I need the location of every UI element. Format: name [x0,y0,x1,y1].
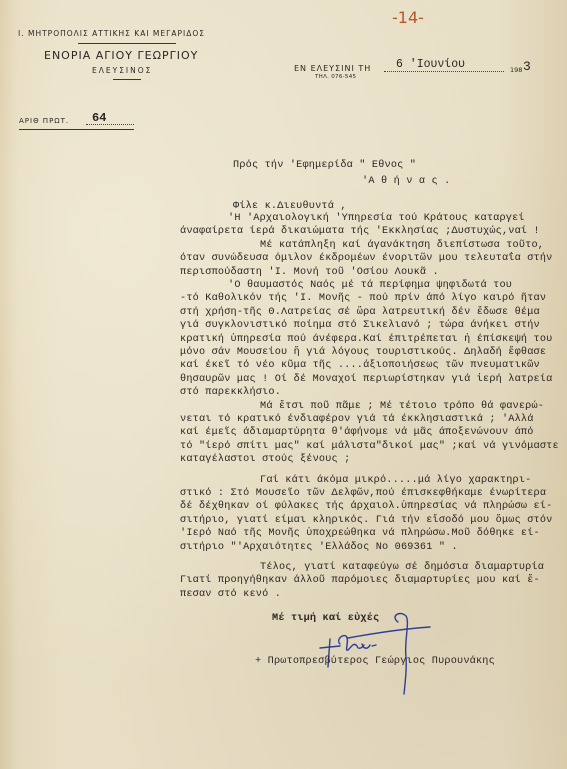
letterhead-town: ΕΛΕΥΣΙΝΟΣ [92,66,152,75]
letterhead-parish: ΕΝΟΡΙΑ ΑΓΙΟΥ ΓΕΩΡΓΙΟΥ [44,49,198,62]
body-line: 'Ο θαυμαστός Ναός μέ τά περίφημα ψηφιδωτ… [228,280,512,291]
body-line: άναφαίρετα ίερά δικαιώματα τής 'Εκκλησία… [180,226,540,237]
body-line: στικό : Στό Μουσεῖο τῶν Δελφῶν,πού έπισκ… [180,488,546,499]
letterhead-ornament [113,79,141,80]
body-line: γιά συγκλονιστικό ποίημα στό Σικελιανό ;… [180,320,540,331]
body-line: Μέ κατάπληξη καί άγανάκτηση διεπίστωσα τ… [260,240,544,251]
body-line: καί έμεῖς άδιαμαρτύρητα θ'άφήνομε νά μᾶς… [180,427,534,438]
body-line: στό παρεκκλήσιο. [180,387,281,398]
body-line: μόνο σάν Μουσείου ἤ γιά λόγους τουριστικ… [180,347,546,358]
body-line: καί έκεῖ τό νέο κῦμα τῆς ....άξιοποιήσεω… [180,360,540,371]
letter-page: -14- I. ΜΗΤΡΟΠΟΛΙΣ ΑΤΤΙΚΗΣ ΚΑΙ ΜΕΓΑΡΙΔΟΣ… [0,0,567,769]
body-line: -τό Καθολικόν τής 'Ι. Μονῆς - πού πρίν ά… [180,293,546,304]
dateline-year-suffix: 3 [523,59,531,74]
salutation: Φίλε κ.Διευθυντά , [233,201,347,212]
protocol-label: ΑΡΙΘ ΠΡΩΤ. [19,117,69,125]
dateline-year-prefix: 198 [510,66,522,74]
body-line: Γιατί προηγήθηκαν άλλοῦ παρόμοιες διαμαρ… [180,575,540,586]
dateline-phone: ΤΗΛ. 076-545 [315,74,356,80]
protocol-underline [19,129,134,130]
page-number-annotation: -14- [392,8,424,27]
recipient-line: Πρός τήν 'Εφημερίδα " Εθνος " [233,160,416,171]
body-line: στή χρήση-τῆς Θ.Λατρείας σέ ὥρα λατρευτι… [180,307,540,318]
body-line: Μά ἔτσι ποῦ πᾶμε ; Μέ τέτοιο τρόπο θά φα… [260,401,544,412]
dateline-prefix: ΕΝ ΕΛΕΥΣΙΝΙ ΤΗ [294,64,371,73]
protocol-dotted-line [86,124,134,125]
dateline-date: 6 'Ιουνίου [396,58,465,71]
body-line: θησαυρῶν μας ! Οί δέ Μοναχοί περιωρίστηκ… [180,374,553,385]
body-line: όταν συνώδευσα όμιλον έκδρομέων ένοριτῶν… [180,253,553,264]
body-line: κρατική ὑπηρεσία πού άνέφερα.Καί έπιτρέπ… [180,334,553,345]
letterhead-metropolis: I. ΜΗΤΡΟΠΟΛΙΣ ΑΤΤΙΚΗΣ ΚΑΙ ΜΕΓΑΡΙΔΟΣ [18,29,205,38]
handwritten-signature-icon [310,612,480,697]
body-line: σιτήριο "'Αρχαιότητες 'Ελλάδος Νο 069361… [180,542,458,553]
protocol-number: 64 [92,111,106,125]
body-line: Τέλος, γιατί καταφεύγω σέ δημόσια διαμαρ… [260,562,544,573]
body-line: καταγέλαστοι στούς ξένους ; [180,454,350,465]
body-line: Γαί κάτι άκόμα μικρό.....μά λίγο χαρακτη… [260,475,531,486]
body-line: 'Ιερό Ναό τῆς Μονῆς ὑποχρεώθηκα νά πληρώ… [180,528,540,539]
body-line: περισπούδαστη 'Ι. Μονή τοῦ 'Οσίου Λουκᾶ … [180,267,439,278]
recipient-city: 'Α θ ή ν α ς . [362,176,450,187]
body-line: νεται τό κρατικό ένδιαφέρον γιά τά έκκλη… [180,414,534,425]
body-line: 'Η 'Αρχαιολογική 'Υπηρεσία τού Κράτους κ… [228,213,525,224]
body-line: πεσαν στό κενό . [180,589,281,600]
body-line: σιτήριο, γιατί είμαι κληρικός. Γιά τήν ε… [180,515,553,526]
signature-name: + Πρωτοπρεσβύτερος Γεώργιος Πυρουνάκης [255,656,495,667]
letterhead-rule [78,43,176,44]
body-line: τό "ίερό σπίτι μας" καί μάλιστα"δικοί μα… [180,441,559,452]
dateline-dotted-line [384,71,504,72]
body-line: δέ δέχθηκαν οί φύλακες τής άρχαιολ.ὑπηρε… [180,501,553,512]
